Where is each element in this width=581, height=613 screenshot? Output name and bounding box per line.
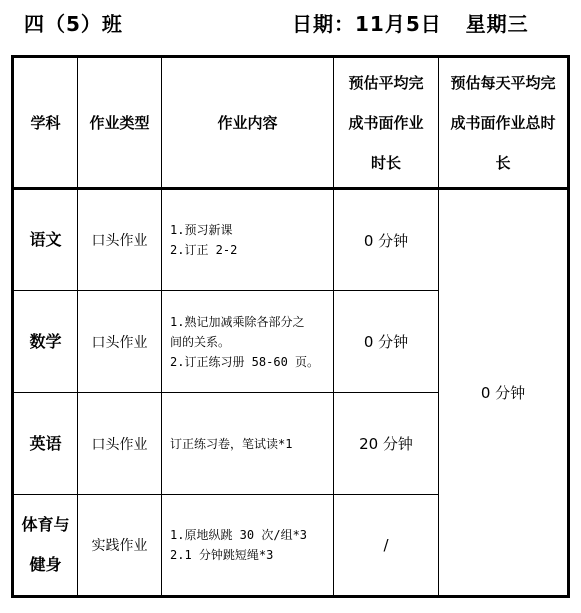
subject-cell: 语文: [13, 189, 78, 291]
duration-cell: /: [334, 495, 439, 597]
duration-cell: 0 分钟: [334, 291, 439, 393]
content-cell: 订正练习卷，笔试读*1: [162, 393, 334, 495]
duration-cell: 20 分钟: [334, 393, 439, 495]
subject-cell: 体育与 健身: [13, 495, 78, 597]
total-duration-cell: 0 分钟: [439, 189, 569, 597]
class-title: 四（5）班: [24, 8, 123, 37]
column-header-type: 作业类型: [78, 57, 162, 189]
column-header-estimated-duration: 预估平均完 成书面作业 时长: [334, 57, 439, 189]
content-cell: 1.预习新课 2.订正 2-2: [162, 189, 334, 291]
content-cell: 1.熟记加减乘除各部分之 间的关系。 2.订正练习册 58-60 页。: [162, 291, 334, 393]
subject-cell: 英语: [13, 393, 78, 495]
date-title: 日期：11月5日 星期三: [292, 8, 529, 37]
type-cell: 口头作业: [78, 189, 162, 291]
subject-cell: 数学: [13, 291, 78, 393]
table-row: 语文 口头作业 1.预习新课 2.订正 2-2 0 分钟 0 分钟: [13, 189, 569, 291]
content-cell: 1.原地纵跳 30 次/组*3 2.1 分钟跳短绳*3: [162, 495, 334, 597]
homework-table: 学科 作业类型 作业内容 预估平均完 成书面作业 时长 预估每天平均完 成书面作…: [11, 55, 570, 598]
duration-cell: 0 分钟: [334, 189, 439, 291]
type-cell: 实践作业: [78, 495, 162, 597]
column-header-subject: 学科: [13, 57, 78, 189]
column-header-content: 作业内容: [162, 57, 334, 189]
type-cell: 口头作业: [78, 393, 162, 495]
type-cell: 口头作业: [78, 291, 162, 393]
column-header-total-duration: 预估每天平均完 成书面作业总时 长: [439, 57, 569, 189]
